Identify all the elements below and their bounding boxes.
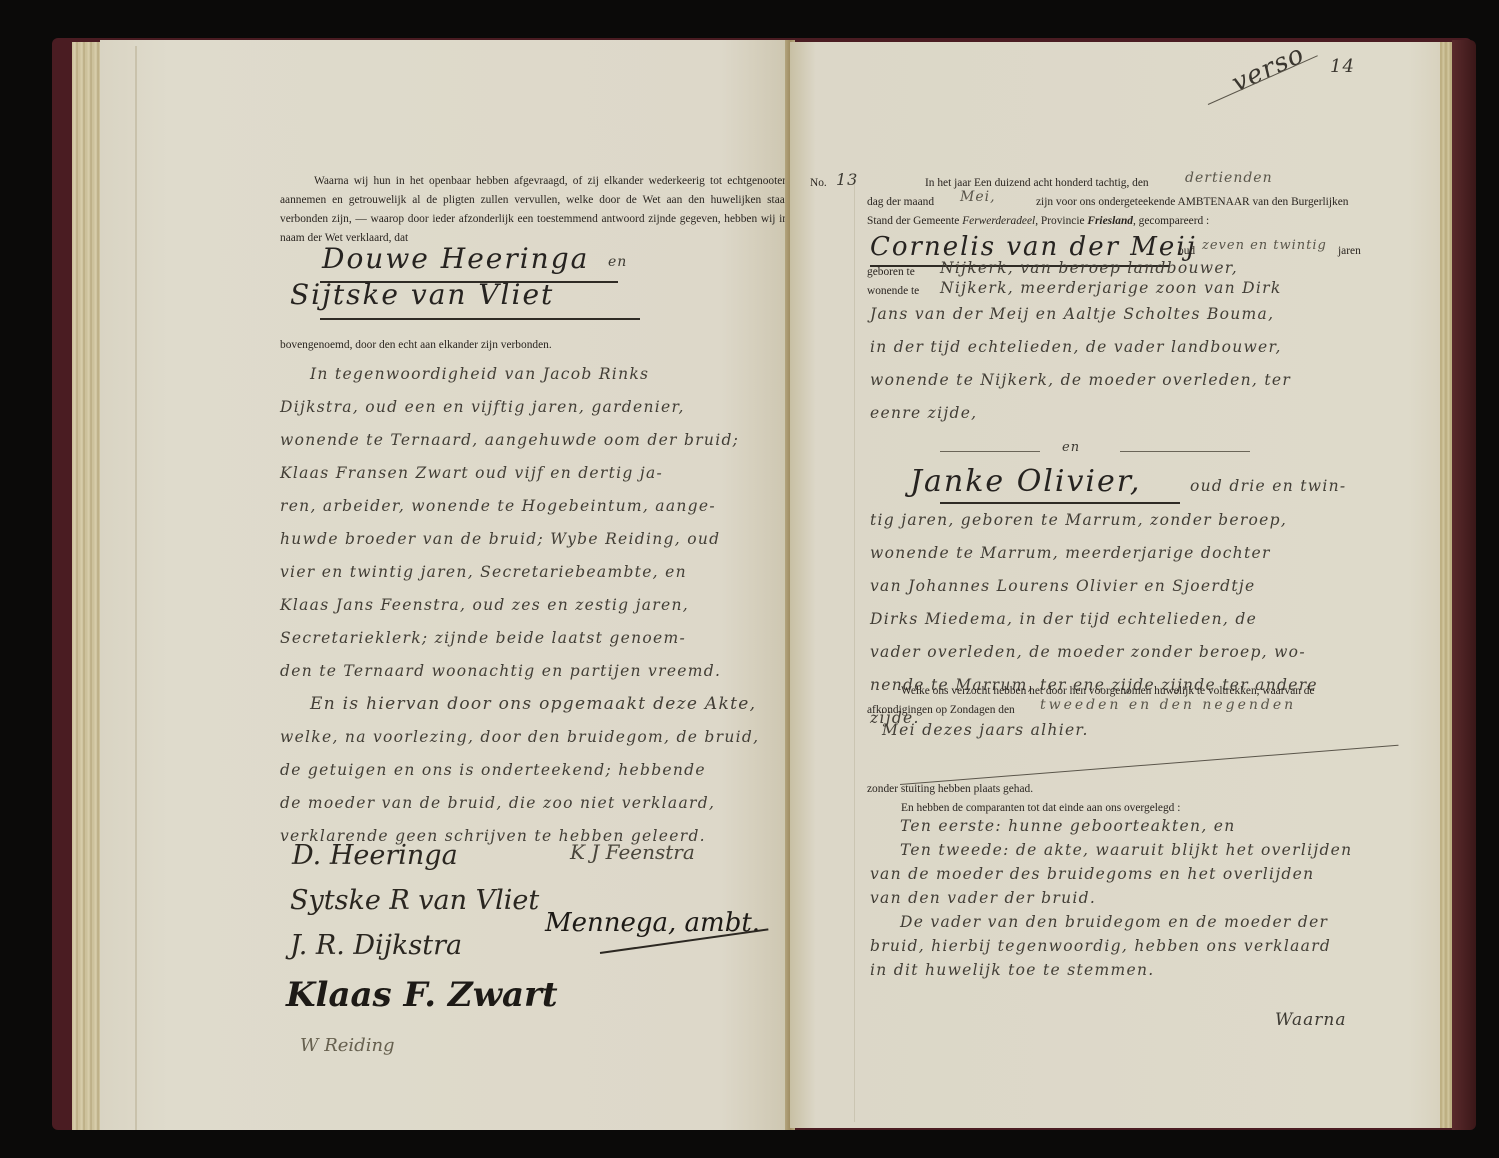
printed-intro-text: Waarna wij hun in het openbaar hebben af…	[280, 172, 788, 248]
handwritten-line: den te Ternaard woonachtig en partijen v…	[280, 655, 790, 688]
handwritten-line: welke, na voorlezing, door den bruidegom…	[280, 721, 790, 754]
handwritten-line: wonende te Marrum, meerderjarige dochter	[870, 537, 1318, 570]
handwritten-line: wonende te Ternaard, aangehuwde oom der …	[280, 424, 790, 457]
bride-full-name: Janke Olivier,	[910, 464, 1141, 499]
printed-jaren: jaren	[1338, 242, 1361, 261]
connector-rule-left	[940, 451, 1040, 452]
printed-stand-label: Stand der Gemeente	[867, 215, 959, 227]
month-handwritten: Mei,	[960, 189, 996, 205]
name-connector: en	[608, 254, 627, 270]
right-page: verso 14 No. 13 In het jaar Een duizend …	[790, 42, 1440, 1128]
bride-connector: en	[1062, 440, 1080, 455]
handwritten-line: bruid, hierbij tegenwoordig, hebben ons …	[870, 934, 1352, 958]
handwritten-line: Klaas Jans Feenstra, oud zes en zestig j…	[280, 589, 790, 622]
handwritten-line: vader overleden, de moeder zonder beroep…	[870, 636, 1318, 669]
printed-year-line: In het jaar Een duizend acht honderd tac…	[925, 174, 1149, 193]
printed-geboren: geboren te	[867, 263, 915, 282]
bride-age: oud drie en twin-	[1190, 470, 1346, 503]
handwritten-line: de moeder van de bruid, die zoo niet ver…	[280, 787, 790, 820]
page-number: 14	[1330, 56, 1355, 77]
signature-bride: Sytske R van Vliet	[290, 885, 539, 916]
handwritten-line: Ten eerste: hunne geboorteakten, en	[870, 814, 1352, 838]
handwritten-line: Klaas Fransen Zwart oud vijf en dertig j…	[280, 457, 790, 490]
signature-groom: D. Heeringa	[292, 840, 458, 871]
signature-witness-dijkstra: J. R. Dijkstra	[290, 930, 462, 961]
printed-intro: Waarna wij hun in het openbaar hebben af…	[280, 172, 788, 248]
handwritten-line: Jans van der Meij en Aaltje Scholtes Bou…	[870, 298, 1291, 331]
printed-official-line: zijn voor ons ondergeteekende AMBTENAAR …	[1036, 193, 1348, 212]
bride-name-underline	[320, 318, 640, 320]
handwritten-line: huwde broeder van de bruid; Wybe Reiding…	[280, 523, 790, 556]
printed-month-label: dag der maand	[867, 193, 934, 212]
connector-rule-right	[1120, 451, 1250, 452]
handwritten-line: De vader van den bruidegom en de moeder …	[870, 910, 1352, 934]
catchword: Waarna	[1275, 1010, 1346, 1030]
printed-municipality-line: Stand der Gemeente Ferwerderadeel, Provi…	[867, 212, 1209, 231]
banns-dates: tweeden en den negenden	[1040, 697, 1296, 713]
handwritten-line: vier en twintig jaren, Secretariebeambte…	[280, 556, 790, 589]
signature-witness-zwart: Klaas F. Zwart	[286, 975, 558, 1015]
signature-witness-feenstra: K J Feenstra	[570, 840, 695, 864]
handwritten-line: van Johannes Lourens Olivier en Sjoerdtj…	[870, 570, 1318, 603]
witness-paragraph: In tegenwoordigheid van Jacob Rinks Dijk…	[280, 358, 790, 853]
handwritten-line: van den vader der bruid.	[870, 886, 1352, 910]
cancel-stroke	[900, 745, 1399, 785]
groom-name: Douwe Heeringa	[322, 242, 589, 275]
printed-bound-text: bovengenoemd, door den echt aan elkander…	[280, 336, 788, 355]
municipality-name: Ferwerderadeel	[962, 215, 1035, 227]
handwritten-line: eenre zijde,	[870, 397, 1291, 430]
handwritten-line: in dit huwelijk toe te stemmen.	[870, 958, 1352, 982]
province-name: Friesland	[1087, 215, 1133, 227]
page-fold-line	[135, 46, 137, 1130]
printed-bound: bovengenoemd, door den echt aan elkander…	[280, 336, 788, 355]
handwritten-line: In tegenwoordigheid van Jacob Rinks	[280, 358, 790, 391]
printed-gecompareerd: , gecompareerd :	[1133, 215, 1209, 227]
signature-witness-reiding: W Reiding	[300, 1035, 395, 1056]
act-number: 13	[836, 170, 858, 189]
banns-location: Mei dezes jaars alhier.	[882, 714, 1089, 747]
handwritten-line: Dirks Miedema, in der tijd echtelieden, …	[870, 603, 1318, 636]
documents-block: Ten eerste: hunne geboorteakten, en Ten …	[870, 814, 1352, 982]
day-handwritten: dertienden	[1185, 170, 1273, 186]
printed-province-label: , Provincie	[1035, 215, 1084, 227]
handwritten-line: van de moeder des bruidegoms en het over…	[870, 862, 1352, 886]
margin-rule	[854, 182, 855, 1122]
handwritten-line: wonende te Nijkerk, de moeder overleden,…	[870, 364, 1291, 397]
handwritten-line: in der tijd echtelieden, de vader landbo…	[870, 331, 1291, 364]
handwritten-line: Ten tweede: de akte, waaruit blijkt het …	[870, 838, 1352, 862]
groom-age: zeven en twintig	[1202, 238, 1327, 253]
printed-no-objection: zonder stuiting hebben plaats gehad.	[867, 780, 1033, 799]
bride-name: Sijtske van Vliet	[290, 278, 554, 311]
left-page: Waarna wij hun in het openbaar hebben af…	[100, 40, 790, 1130]
handwritten-line: En is hiervan door ons opgemaakt deze Ak…	[280, 688, 790, 721]
book-cover-right-edge	[1452, 40, 1476, 1130]
handwritten-line: Dijkstra, oud een en vijftig jaren, gard…	[280, 391, 790, 424]
handwritten-line: ren, arbeider, wonende te Hogebeintum, a…	[280, 490, 790, 523]
handwritten-line: Secretarieklerk; zijnde beide laatst gen…	[280, 622, 790, 655]
groom-parents-block: Jans van der Meij en Aaltje Scholtes Bou…	[870, 298, 1291, 430]
handwritten-line: de getuigen en ons is onderteekend; hebb…	[280, 754, 790, 787]
handwritten-line: tig jaren, geboren te Marrum, zonder ber…	[870, 504, 1318, 537]
act-number-label: No.	[810, 174, 827, 193]
page-edges-left	[72, 42, 102, 1130]
page-edges-right	[1438, 42, 1452, 1128]
